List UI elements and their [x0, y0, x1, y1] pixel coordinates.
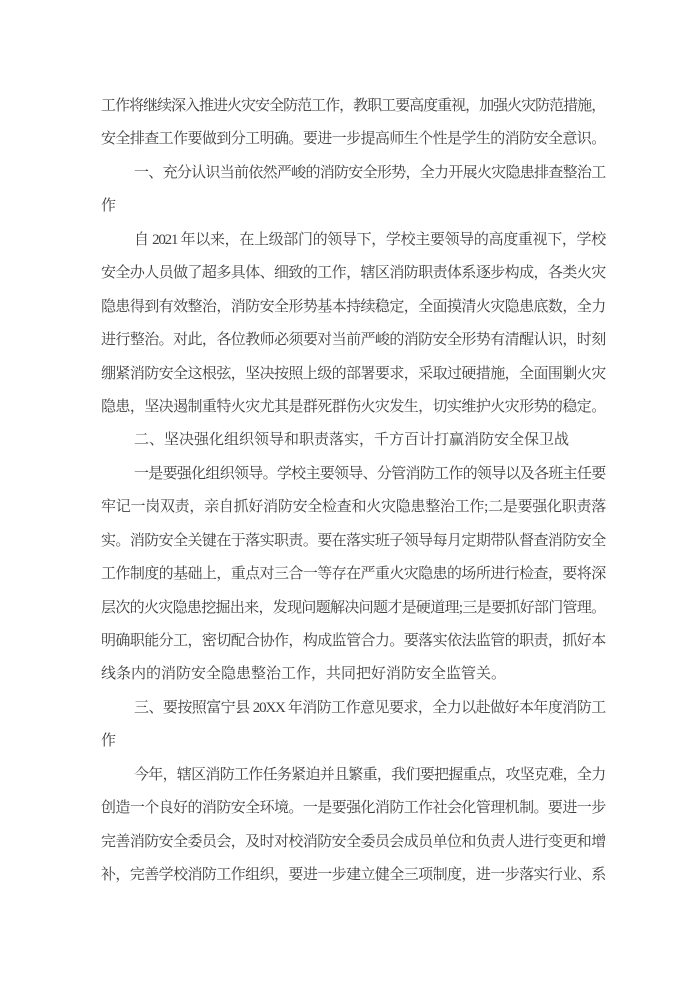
document-line: 层次的火灾隐患挖掘出来，发现问题解决问题才是硬道理;三是要抓好部门管理。 [101, 592, 605, 625]
document-line: 工作将继续深入推进火灾安全防范工作，教职工要高度重视，加强火灾防范措施， [101, 90, 605, 123]
document-line: 安全排查工作要做到分工明确。要进一步提高师生个性是学生的消防安全意识。 [101, 123, 605, 156]
document-line: 自 2021 年以来，在上级部门的领导下，学校主要领导的高度重视下，学校 [101, 224, 605, 257]
document-line: 隐患，坚决遏制重特火灾尤其是群死群伤火灾发生，切实维护火灾形势的稳定。 [101, 391, 605, 424]
document-line: 线条内的消防安全隐患整治工作，共同把好消防安全监管关。 [101, 658, 605, 691]
document-line: 进行整治。对此，各位教师必须要对当前严峻的消防安全形势有清醒认识，时刻 [101, 324, 605, 357]
document-line: 补，完善学校消防工作组织，要进一步建立健全三项制度，进一步落实行业、系 [101, 859, 605, 892]
document-line: 明确职能分工，密切配合协作，构成监管合力。要落实依法监管的职责，抓好本 [101, 625, 605, 658]
text-block: 工作将继续深入推进火灾安全防范工作，教职工要高度重视，加强火灾防范措施，安全排查… [101, 90, 605, 893]
document-line: 创造一个良好的消防安全环境。一是要强化消防工作社会化管理机制。要进一步 [101, 792, 605, 825]
document-line: 完善消防安全委员会，及时对校消防安全委员会成员单位和负责人进行变更和增 [101, 826, 605, 859]
document-line: 二、坚决强化组织领导和职责落实，千方百计打赢消防安全保卫战 [101, 424, 605, 457]
document-line: 一、充分认识当前依然严峻的消防安全形势，全力开展火灾隐患排查整治工 [101, 157, 605, 190]
document-line: 实。消防安全关键在于落实职责。要在落实班子领导每月定期带队督查消防安全 [101, 525, 605, 558]
document-line: 隐患得到有效整治，消防安全形势基本持续稳定，全面摸清火灾隐患底数，全力 [101, 291, 605, 324]
document-line: 安全办人员做了超多具体、细致的工作，辖区消防职责体系逐步构成，各类火灾 [101, 257, 605, 290]
document-line: 工作制度的基础上，重点对三合一等存在严重火灾隐患的场所进行检查，要将深 [101, 558, 605, 591]
document-line: 牢记一岗双责，亲自抓好消防安全检查和火灾隐患整治工作;二是要强化职责落 [101, 491, 605, 524]
document-line: 三、要按照富宁县 20XX 年消防工作意见要求，全力以赴做好本年度消防工 [101, 692, 605, 725]
document-line: 绷紧消防安全这根弦，坚决按照上级的部署要求，采取过硬措施，全面围剿火灾 [101, 358, 605, 391]
document-page: 工作将继续深入推进火灾安全防范工作，教职工要高度重视，加强火灾防范措施，安全排查… [0, 0, 700, 990]
document-line: 一是要强化组织领导。学校主要领导、分管消防工作的领导以及各班主任要 [101, 458, 605, 491]
document-line: 作 [101, 190, 605, 223]
document-line: 今年，辖区消防工作任务紧迫并且繁重，我们要把握重点，攻坚克难，全力 [101, 759, 605, 792]
document-line: 作 [101, 725, 605, 758]
